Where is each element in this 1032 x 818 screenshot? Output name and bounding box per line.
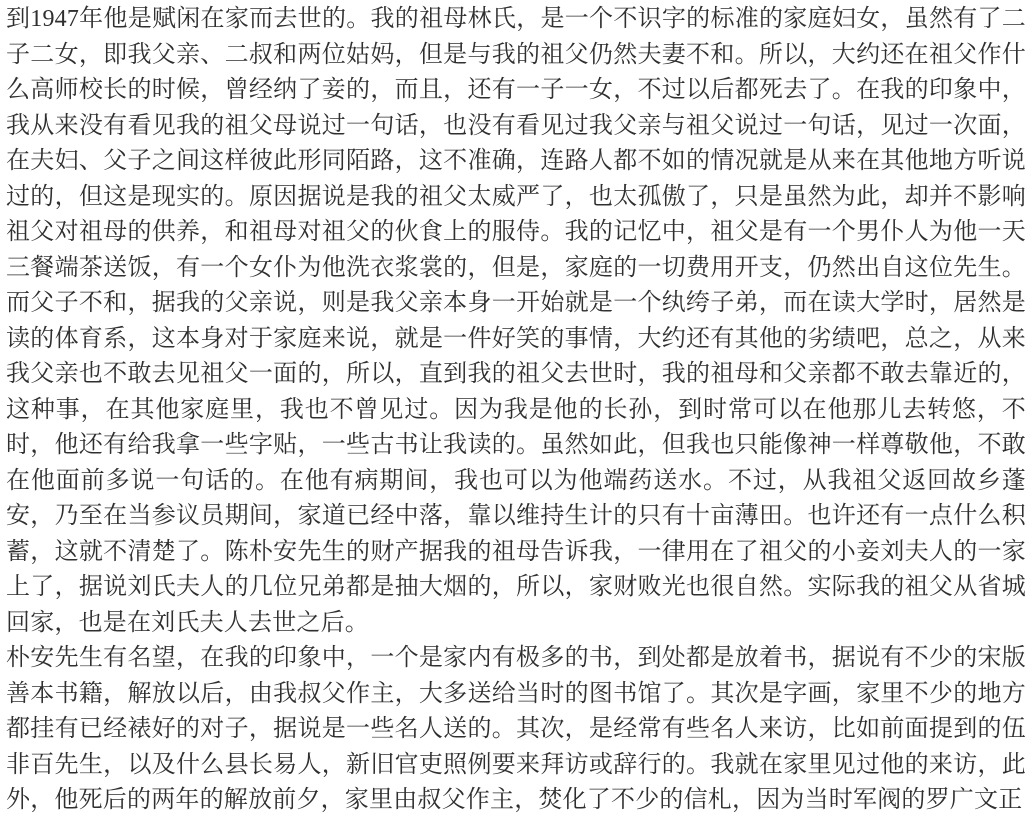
paragraph-1: 到1947年他是赋闲在家而去世的。我的祖母林氏，是一个不识字的标准的家庭妇女，虽… (6, 2, 1026, 641)
paragraph-2: 朴安先生有名望，在我的印象中，一个是家内有极多的书，到处都是放着书，据说有不少的… (6, 641, 1026, 818)
document-page: 到1947年他是赋闲在家而去世的。我的祖母林氏，是一个不识字的标准的家庭妇女，虽… (0, 0, 1032, 818)
